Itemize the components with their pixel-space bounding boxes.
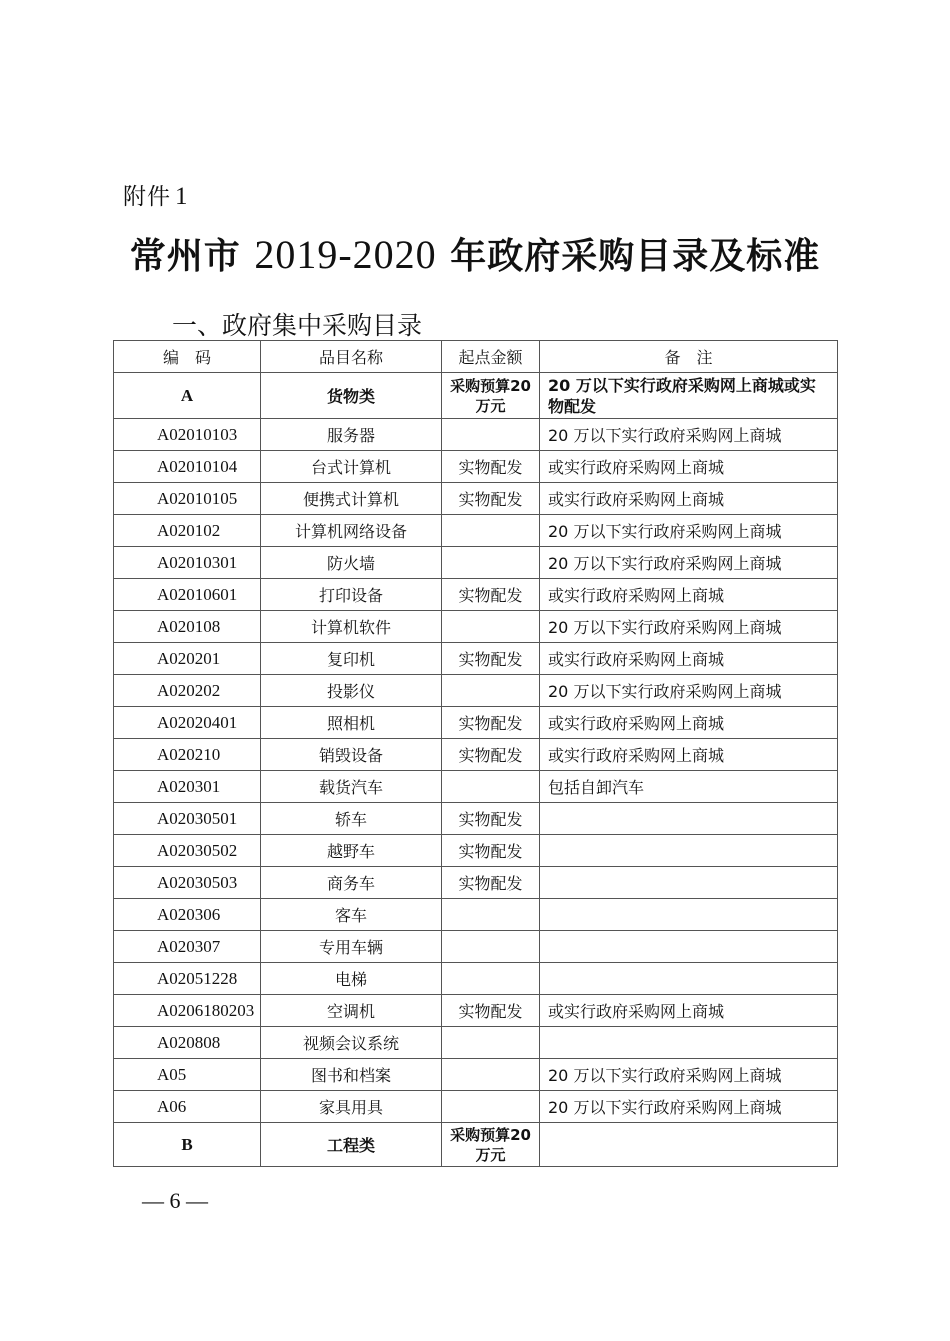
attachment-label: 附件1 [123,178,189,211]
amount-cell [442,931,540,963]
title-years: 2019-2020 [254,232,436,277]
section-heading: 一、政府集中采购目录 [172,306,422,342]
table-row: A02010601打印设备实物配发或实行政府采购网上商城 [114,579,838,611]
category-note: 20 万以下实行政府采购网上商城或实物配发 [540,373,838,419]
code-cell: A02010301 [114,547,261,579]
table-row: A020808视频会议系统 [114,1027,838,1059]
category-name: 工程类 [261,1123,442,1167]
amount-cell [442,547,540,579]
note-cell: 或实行政府采购网上商城 [540,707,838,739]
code-cell: A020210 [114,739,261,771]
code-cell: A020301 [114,771,261,803]
table-row: A02010104台式计算机实物配发或实行政府采购网上商城 [114,451,838,483]
name-cell: 台式计算机 [261,451,442,483]
name-cell: 电梯 [261,963,442,995]
note-cell [540,803,838,835]
category-note [540,1123,838,1167]
title-prefix: 常州市 [130,235,241,277]
name-cell: 计算机软件 [261,611,442,643]
table-row: A02020401照相机实物配发或实行政府采购网上商城 [114,707,838,739]
amount-cell [442,899,540,931]
table-row: A02010301防火墙20 万以下实行政府采购网上商城 [114,547,838,579]
note-cell: 20 万以下实行政府采购网上商城 [540,547,838,579]
table-row: A06家具用具20 万以下实行政府采购网上商城 [114,1091,838,1123]
category-name: 货物类 [261,373,442,419]
name-cell: 计算机网络设备 [261,515,442,547]
note-cell [540,867,838,899]
code-cell: A02030501 [114,803,261,835]
table-row: A020307专用车辆 [114,931,838,963]
page-number: — 6 — [142,1188,208,1214]
code-cell: A02030503 [114,867,261,899]
category-row-a: A 货物类 采购预算20万元 20 万以下实行政府采购网上商城或实物配发 [114,373,838,419]
note-cell: 或实行政府采购网上商城 [540,739,838,771]
code-cell: A02020401 [114,707,261,739]
amount-cell [442,419,540,451]
table-row: A020301载货汽车包括自卸汽车 [114,771,838,803]
attachment-number: 1 [175,183,189,210]
code-cell: A020102 [114,515,261,547]
name-cell: 轿车 [261,803,442,835]
note-cell: 20 万以下实行政府采购网上商城 [540,419,838,451]
name-cell: 越野车 [261,835,442,867]
name-cell: 照相机 [261,707,442,739]
table-row: A020108计算机软件20 万以下实行政府采购网上商城 [114,611,838,643]
table-row: A02030503商务车实物配发 [114,867,838,899]
amount-cell: 实物配发 [442,835,540,867]
name-cell: 家具用具 [261,1091,442,1123]
table-row: A020306客车 [114,899,838,931]
note-cell: 包括自卸汽车 [540,771,838,803]
code-cell: A020307 [114,931,261,963]
amount-cell: 实物配发 [442,483,540,515]
category-row-b: B工程类采购预算20万元 [114,1123,838,1167]
name-cell: 便携式计算机 [261,483,442,515]
header-code: 编 码 [114,341,261,373]
category-code: A [114,373,261,419]
title-suffix: 年政府采购目录及标准 [450,235,820,277]
name-cell: 图书和档案 [261,1059,442,1091]
amount-cell [442,515,540,547]
category-code: B [114,1123,261,1167]
amount-cell [442,1091,540,1123]
code-cell: A020306 [114,899,261,931]
note-cell [540,1027,838,1059]
note-cell: 或实行政府采购网上商城 [540,643,838,675]
amount-cell: 实物配发 [442,867,540,899]
note-cell: 或实行政府采购网上商城 [540,995,838,1027]
note-cell [540,963,838,995]
amount-cell: 实物配发 [442,579,540,611]
name-cell: 防火墙 [261,547,442,579]
table-row: A020102计算机网络设备20 万以下实行政府采购网上商城 [114,515,838,547]
table-row: A02030502越野车实物配发 [114,835,838,867]
name-cell: 打印设备 [261,579,442,611]
table-row: A020201复印机实物配发或实行政府采购网上商城 [114,643,838,675]
note-cell [540,835,838,867]
name-cell: 投影仪 [261,675,442,707]
name-cell: 复印机 [261,643,442,675]
note-cell: 或实行政府采购网上商城 [540,483,838,515]
amount-cell: 实物配发 [442,739,540,771]
amount-cell [442,1059,540,1091]
amount-cell [442,1027,540,1059]
page-title: 常州市 2019-2020 年政府采购目录及标准 [0,228,950,279]
note-cell [540,931,838,963]
name-cell: 服务器 [261,419,442,451]
table-row: A020210销毁设备实物配发或实行政府采购网上商城 [114,739,838,771]
amount-cell [442,675,540,707]
note-cell: 20 万以下实行政府采购网上商城 [540,1091,838,1123]
code-cell: A02010104 [114,451,261,483]
table-row: A02010105便携式计算机实物配发或实行政府采购网上商城 [114,483,838,515]
name-cell: 视频会议系统 [261,1027,442,1059]
amount-cell [442,963,540,995]
name-cell: 商务车 [261,867,442,899]
code-cell: A020201 [114,643,261,675]
code-cell: A020202 [114,675,261,707]
code-cell: A0206180203 [114,995,261,1027]
amount-cell: 实物配发 [442,707,540,739]
code-cell: A02010601 [114,579,261,611]
header-name: 品目名称 [261,341,442,373]
amount-cell: 实物配发 [442,803,540,835]
code-cell: A020108 [114,611,261,643]
code-cell: A05 [114,1059,261,1091]
name-cell: 客车 [261,899,442,931]
note-cell: 20 万以下实行政府采购网上商城 [540,611,838,643]
amount-cell: 实物配发 [442,995,540,1027]
name-cell: 空调机 [261,995,442,1027]
note-cell: 20 万以下实行政府采购网上商城 [540,1059,838,1091]
note-cell: 20 万以下实行政府采购网上商城 [540,675,838,707]
category-amount: 采购预算20万元 [442,1123,540,1167]
code-cell: A02010103 [114,419,261,451]
attachment-text: 附件 [123,184,171,210]
note-cell: 或实行政府采购网上商城 [540,579,838,611]
header-amount: 起点金额 [442,341,540,373]
table-row: A0206180203空调机实物配发或实行政府采购网上商城 [114,995,838,1027]
code-cell: A020808 [114,1027,261,1059]
code-cell: A02030502 [114,835,261,867]
note-cell [540,899,838,931]
note-cell: 或实行政府采购网上商城 [540,451,838,483]
table-header-row: 编 码 品目名称 起点金额 备 注 [114,341,838,373]
category-amount: 采购预算20万元 [442,373,540,419]
name-cell: 专用车辆 [261,931,442,963]
table-row: A02010103服务器20 万以下实行政府采购网上商城 [114,419,838,451]
code-cell: A02010105 [114,483,261,515]
header-note: 备 注 [540,341,838,373]
amount-cell [442,771,540,803]
name-cell: 销毁设备 [261,739,442,771]
table-row: A05图书和档案20 万以下实行政府采购网上商城 [114,1059,838,1091]
amount-cell: 实物配发 [442,643,540,675]
name-cell: 载货汽车 [261,771,442,803]
note-cell: 20 万以下实行政府采购网上商城 [540,515,838,547]
code-cell: A06 [114,1091,261,1123]
procurement-table: 编 码 品目名称 起点金额 备 注 A 货物类 采购预算20万元 20 万以下实… [113,340,838,1167]
amount-cell: 实物配发 [442,451,540,483]
table-row: A02030501轿车实物配发 [114,803,838,835]
code-cell: A02051228 [114,963,261,995]
table-row: A020202投影仪20 万以下实行政府采购网上商城 [114,675,838,707]
table-row: A02051228电梯 [114,963,838,995]
amount-cell [442,611,540,643]
